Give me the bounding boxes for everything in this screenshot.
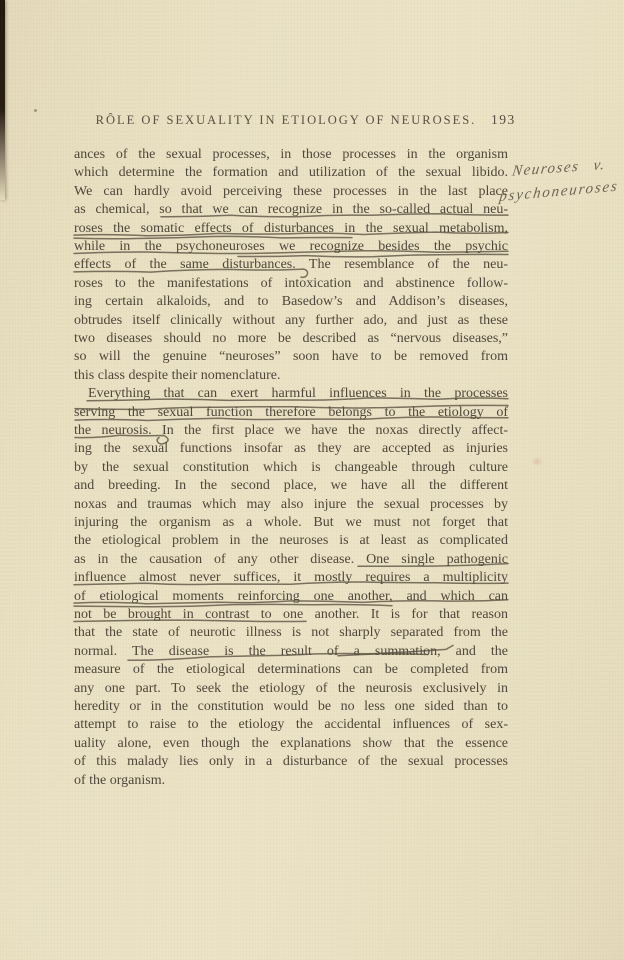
- text-line: noxas and traumas which may also injure …: [74, 496, 508, 515]
- text-line: while in the psychoneuroses we recognize…: [74, 238, 508, 257]
- running-title: RÔLE OF SEXUALITY IN ETIOLOGY OF NEUROSE…: [74, 113, 498, 128]
- text-line: normal. The disease is the result of a s…: [74, 643, 508, 662]
- page-header: RÔLE OF SEXUALITY IN ETIOLOGY OF NEUROSE…: [74, 113, 508, 131]
- marginalia-note-line1: Neuroses v.: [511, 154, 624, 180]
- paper-smudge: [531, 457, 543, 466]
- text-line: effects of the same disturbances. The re…: [74, 256, 508, 275]
- text-line: which determine the formation and utiliz…: [74, 164, 508, 183]
- text-line: roses the somatic effects of disturbance…: [74, 220, 508, 239]
- text-line: of the organism.: [74, 772, 508, 791]
- text-line: roses to the manifestations of intoxicat…: [74, 275, 508, 294]
- binding-edge-shadow: [0, 0, 5, 200]
- text-line: two diseases should no more be described…: [74, 330, 508, 349]
- text-line: ing certain alkaloids, and to Basedow’s …: [74, 293, 508, 312]
- scanned-book-page: RÔLE OF SEXUALITY IN ETIOLOGY OF NEUROSE…: [0, 0, 624, 960]
- text-line: obtrudes itself clinically without any f…: [74, 312, 508, 331]
- text-line: as chemical, so that we can recognize in…: [74, 201, 508, 220]
- text-line: uality alone, even though the explanatio…: [74, 735, 508, 754]
- text-line: this class despite their nomenclature.: [74, 367, 508, 386]
- text-line: the neurosis. In the first place we have…: [74, 422, 508, 441]
- text-line: heredity or in the constitution would be…: [74, 698, 508, 717]
- text-line: of etiological moments reinforcing one a…: [74, 588, 508, 607]
- text-line: not be brought in contrast to one anothe…: [74, 606, 508, 625]
- text-line: injuring the organism as a whole. But we…: [74, 514, 508, 533]
- text-line: of this malady lies only in a disturbanc…: [74, 753, 508, 772]
- text-line: Everything that can exert harmful influe…: [74, 385, 508, 404]
- text-line: any one part. To seek the etiology of th…: [74, 680, 508, 699]
- text-line: measure of the etiological determination…: [74, 661, 508, 680]
- text-line: influence almost never suffices, it most…: [74, 569, 508, 588]
- paper-speck: [34, 109, 37, 112]
- text-line: that the state of neurotic illness is no…: [74, 624, 508, 643]
- text-line: as in the causation of any other disease…: [74, 551, 508, 570]
- text-line: ing the sexual functions insofar as they…: [74, 440, 508, 459]
- text-line: ances of the sexual processes, in those …: [74, 146, 508, 165]
- text-line: attempt to raise to the etiology the acc…: [74, 716, 508, 735]
- text-line: so will the genuine “neuroses” soon have…: [74, 348, 508, 367]
- text-line: and breeding. In the second place, we ha…: [74, 477, 508, 496]
- text-line: the etiological problem in the neuroses …: [74, 532, 508, 551]
- text-line: serving the sexual function therefore be…: [74, 404, 508, 423]
- text-line: We can hardly avoid perceiving these pro…: [74, 183, 508, 202]
- body-text: ances of the sexual processes, in those …: [74, 146, 508, 826]
- page-number: 193: [491, 112, 516, 128]
- text-line: by the sexual constitution which is chan…: [74, 459, 508, 478]
